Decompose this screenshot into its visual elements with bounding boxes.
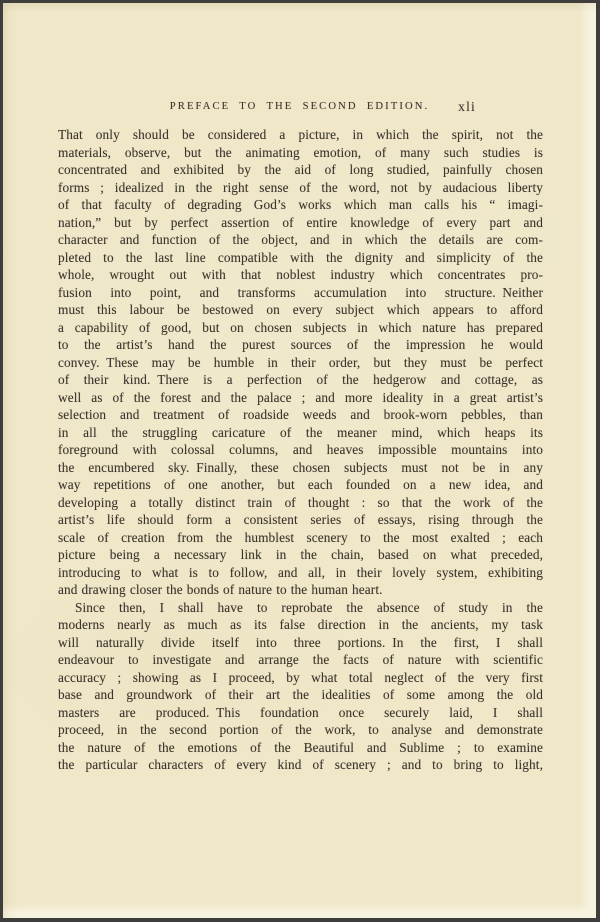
text-line: convey. These may be humble in their ord…	[58, 354, 543, 372]
text-line: of their kind. There is a perfection of …	[58, 371, 543, 389]
text-line: the nature of the emotions of the Beauti…	[58, 739, 543, 757]
text-line: pleted to the last line compatible with …	[58, 249, 543, 267]
text-line: foreground with colossal columns, and he…	[58, 441, 543, 459]
text-line: selection and treatment of roadside weed…	[58, 406, 543, 424]
text-line: the encumbered sky. Finally, these chose…	[58, 459, 543, 477]
page-paper: PREFACE TO THE SECOND EDITION. xli That …	[3, 3, 596, 918]
text-line: a capability of good, but on chosen subj…	[58, 319, 543, 337]
text-line: picture being a necessary link in the ch…	[58, 546, 543, 564]
text-line: base and groundwork of their art the ide…	[58, 686, 543, 704]
page-number: xli	[458, 99, 476, 114]
text-line: way repetitions of one another, but each…	[58, 476, 543, 494]
text-line: artist’s life should form a consistent s…	[58, 511, 543, 529]
text-line: will naturally divide itself into three …	[58, 634, 543, 652]
page-header: PREFACE TO THE SECOND EDITION. xli	[55, 99, 544, 115]
text-line: the particular characters of every kind …	[58, 756, 543, 774]
text-line: to the artist’s hand the purest sources …	[58, 336, 543, 354]
text-line: of that faculty of degrading God’s works…	[58, 196, 543, 214]
text-line: forms ; idealized in the right sense of …	[58, 179, 543, 197]
text-line: accuracy ; showing as I proceed, by what…	[58, 669, 543, 687]
paragraph: That only should be considered a picture…	[58, 126, 543, 599]
text-line: whole, wrought out with that noblest ind…	[58, 266, 543, 284]
body-text: That only should be considered a picture…	[58, 126, 543, 774]
text-line: character and function of the object, an…	[58, 231, 543, 249]
text-line: scale of creation from the humblest scen…	[58, 529, 543, 547]
text-line: fusion into point, and transforms accumu…	[58, 284, 543, 302]
text-line: materials, observe, but the animating em…	[58, 144, 543, 162]
text-line: must this labour be bestowed on every su…	[58, 301, 543, 319]
text-line: developing a totally distinct train of t…	[58, 494, 543, 512]
text-line: introducing to what is to follow, and al…	[58, 564, 543, 582]
paragraph: Since then, I shall have to reprobate th…	[58, 599, 543, 774]
text-line: That only should be considered a picture…	[58, 126, 543, 144]
text-line: in all the struggling caricature of the …	[58, 424, 543, 442]
text-line: moderns nearly as much as its false dire…	[58, 616, 543, 634]
text-line: well as of the forest and the palace ; a…	[58, 389, 543, 407]
text-line: and drawing closer the bonds of nature t…	[58, 581, 543, 599]
text-line: concentrated and exhibited by the aid of…	[58, 161, 543, 179]
text-line: masters are produced. This foundation on…	[58, 704, 543, 722]
text-line: nation,” but by perfect assertion of ent…	[58, 214, 543, 232]
text-line: proceed, in the second portion of the wo…	[58, 721, 543, 739]
scanned-page: PREFACE TO THE SECOND EDITION. xli That …	[0, 0, 600, 922]
text-line: Since then, I shall have to reprobate th…	[58, 599, 543, 617]
text-line: endeavour to investigate and arrange the…	[58, 651, 543, 669]
